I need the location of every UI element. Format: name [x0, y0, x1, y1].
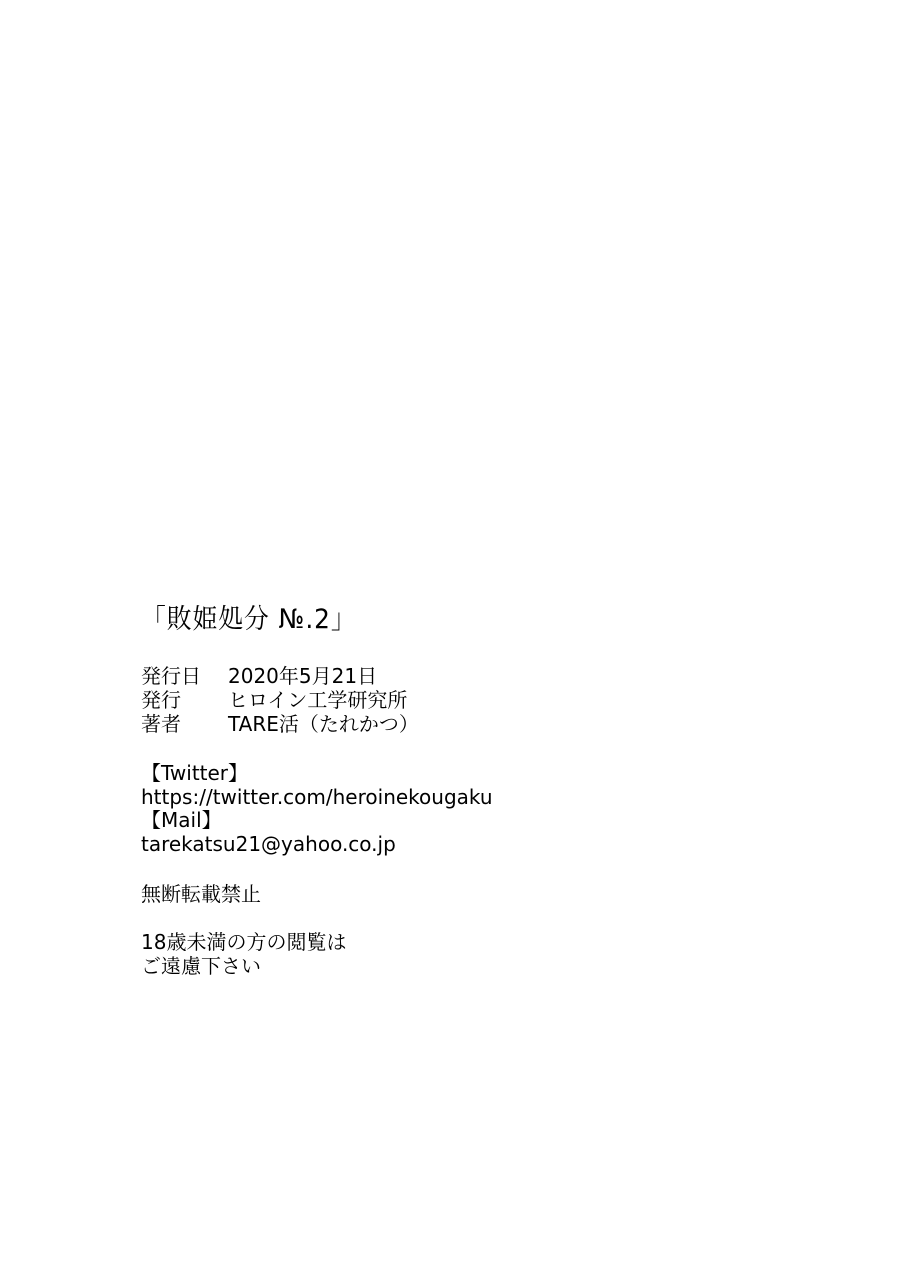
twitter-header: 【Twitter】 [141, 762, 493, 786]
copyright-notice: 無断転載禁止 [141, 882, 493, 906]
contact-info: 【Twitter】 https://twitter.com/heroinekou… [141, 762, 493, 856]
age-restriction-notice: 18歳未満の方の閲覧は ご遠慮下さい [141, 930, 493, 978]
publisher-value: ヒロイン工学研究所 [228, 688, 407, 712]
info-row-publisher: 発行 ヒロイン工学研究所 [141, 688, 493, 712]
age-notice-line-1: 18歳未満の方の閲覧は [141, 930, 493, 954]
author-value: TARE活（たれかつ） [228, 712, 419, 736]
mail-address: tarekatsu21@yahoo.co.jp [141, 833, 493, 857]
colophon: 「敗姫処分 №.2」 発行日 2020年5月21日 発行 ヒロイン工学研究所 著… [141, 602, 493, 978]
info-row-publish-date: 発行日 2020年5月21日 [141, 664, 493, 688]
publisher-label: 発行 [141, 688, 228, 712]
author-label: 著者 [141, 712, 228, 736]
book-title: 「敗姫処分 №.2」 [141, 602, 464, 638]
publish-date-label: 発行日 [141, 664, 228, 688]
publication-info: 発行日 2020年5月21日 発行 ヒロイン工学研究所 著者 TARE活（たれか… [141, 664, 493, 736]
publish-date-value: 2020年5月21日 [228, 664, 377, 688]
mail-header: 【Mail】 [141, 809, 493, 833]
twitter-url: https://twitter.com/heroinekougaku [141, 786, 493, 810]
age-notice-line-2: ご遠慮下さい [141, 954, 493, 978]
info-row-author: 著者 TARE活（たれかつ） [141, 712, 493, 736]
